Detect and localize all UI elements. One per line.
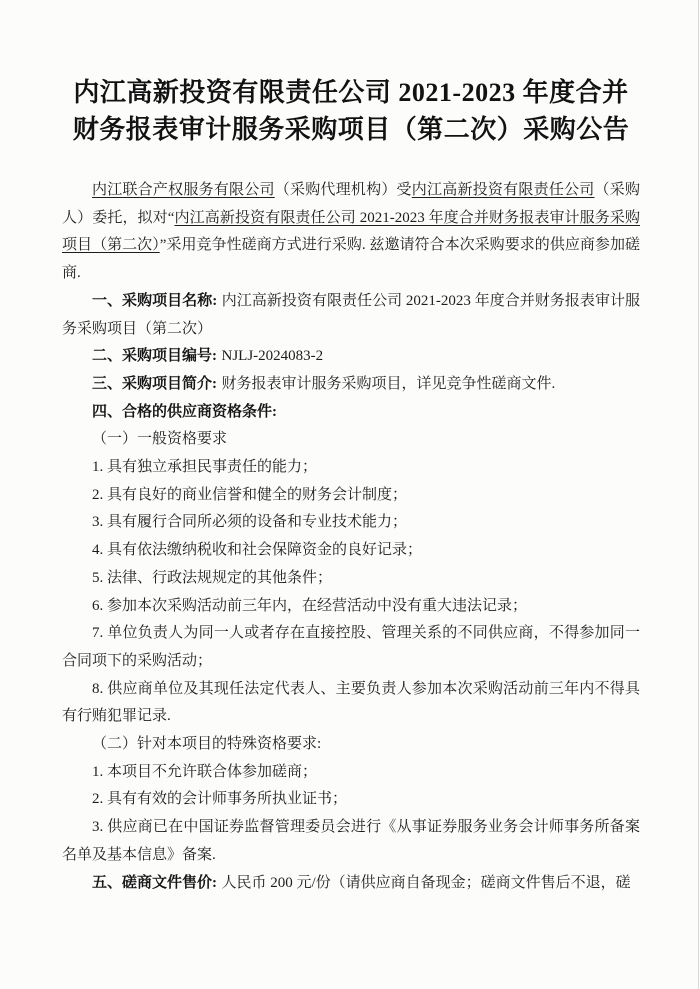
general-requirement-item: 4. 具有依法缴纳税收和社会保障资金的良好记录； bbox=[62, 537, 640, 565]
procurement-announcement-page: 内江高新投资有限责任公司 2021-2023 年度合并 财务报表审计服务采购项目… bbox=[0, 0, 700, 989]
special-requirement-item: 2. 具有有效的会计师事务所执业证书； bbox=[62, 786, 640, 814]
scan-edge-artifact bbox=[698, 0, 699, 989]
section-project-number: 二、采购项目编号:NJLJ-2024083-2 bbox=[62, 343, 640, 371]
general-requirement-item: 2. 具有良好的商业信誉和健全的财务会计制度； bbox=[62, 482, 640, 510]
intro-agency-name: 内江联合产权服务有限公司 bbox=[92, 182, 275, 198]
section-project-brief: 三、采购项目简介:财务报表审计服务采购项目，详见竞争性磋商文件. bbox=[62, 371, 640, 399]
general-requirement-item: 5. 法律、行政法规规定的其他条件； bbox=[62, 565, 640, 593]
section-qualification-header: 四、合格的供应商资格条件: bbox=[62, 399, 640, 427]
general-requirement-item: 6. 参加本次采购活动前三年内，在经营活动中没有重大违法记录； bbox=[62, 593, 640, 621]
general-requirement-item: 3. 具有履行合同所必须的设备和专业技术能力； bbox=[62, 509, 640, 537]
section-document-price: 五、磋商文件售价:人民币 200 元/份（请供应商自备现金；磋商文件售后不退，磋 bbox=[62, 870, 640, 898]
special-requirements-header: （二）针对本项目的特殊资格要求: bbox=[62, 731, 640, 759]
document-content: 内江高新投资有限责任公司 2021-2023 年度合并 财务报表审计服务采购项目… bbox=[62, 74, 640, 897]
intro-text: （采购代理机构）受 bbox=[275, 182, 412, 198]
general-requirements-header: （一）一般资格要求 bbox=[62, 426, 640, 454]
section-document-price-label: 五、磋商文件售价: bbox=[92, 875, 217, 891]
intro-purchaser-name: 内江高新投资有限责任公司 bbox=[412, 182, 595, 198]
section-project-number-label: 二、采购项目编号: bbox=[92, 348, 217, 364]
document-body: 内江联合产权服务有限公司（采购代理机构）受内江高新投资有限责任公司（采购人）委托… bbox=[62, 177, 640, 897]
general-requirement-item: 7. 单位负责人为同一人或者存在直接控股、管理关系的不同供应商，不得参加同一合同… bbox=[62, 620, 640, 675]
section-document-price-value: 人民币 200 元/份（请供应商自备现金；磋商文件售后不退，磋 bbox=[222, 875, 631, 891]
title-line-2: 财务报表审计服务采购项目（第二次）采购公告 bbox=[62, 111, 640, 148]
intro-paragraph: 内江联合产权服务有限公司（采购代理机构）受内江高新投资有限责任公司（采购人）委托… bbox=[62, 177, 640, 288]
page-title: 内江高新投资有限责任公司 2021-2023 年度合并 财务报表审计服务采购项目… bbox=[62, 74, 640, 148]
section-project-name-label: 一、采购项目名称: bbox=[92, 293, 217, 309]
title-line-1: 内江高新投资有限责任公司 2021-2023 年度合并 bbox=[62, 74, 640, 111]
section-project-name: 一、采购项目名称:内江高新投资有限责任公司 2021-2023 年度合并财务报表… bbox=[62, 288, 640, 343]
general-requirement-item: 8. 供应商单位及其现任法定代表人、主要负责人参加本次采购活动前三年内不得具有行… bbox=[62, 676, 640, 731]
special-requirement-item: 1. 本项目不允许联合体参加磋商； bbox=[62, 759, 640, 787]
section-project-brief-label: 三、采购项目简介: bbox=[92, 376, 217, 392]
general-requirement-item: 1. 具有独立承担民事责任的能力； bbox=[62, 454, 640, 482]
section-project-number-value: NJLJ-2024083-2 bbox=[222, 348, 324, 364]
section-project-brief-value: 财务报表审计服务采购项目，详见竞争性磋商文件. bbox=[222, 376, 556, 392]
special-requirement-item: 3. 供应商已在中国证券监督管理委员会进行《从事证券服务业务会计师事务所备案名单… bbox=[62, 814, 640, 869]
